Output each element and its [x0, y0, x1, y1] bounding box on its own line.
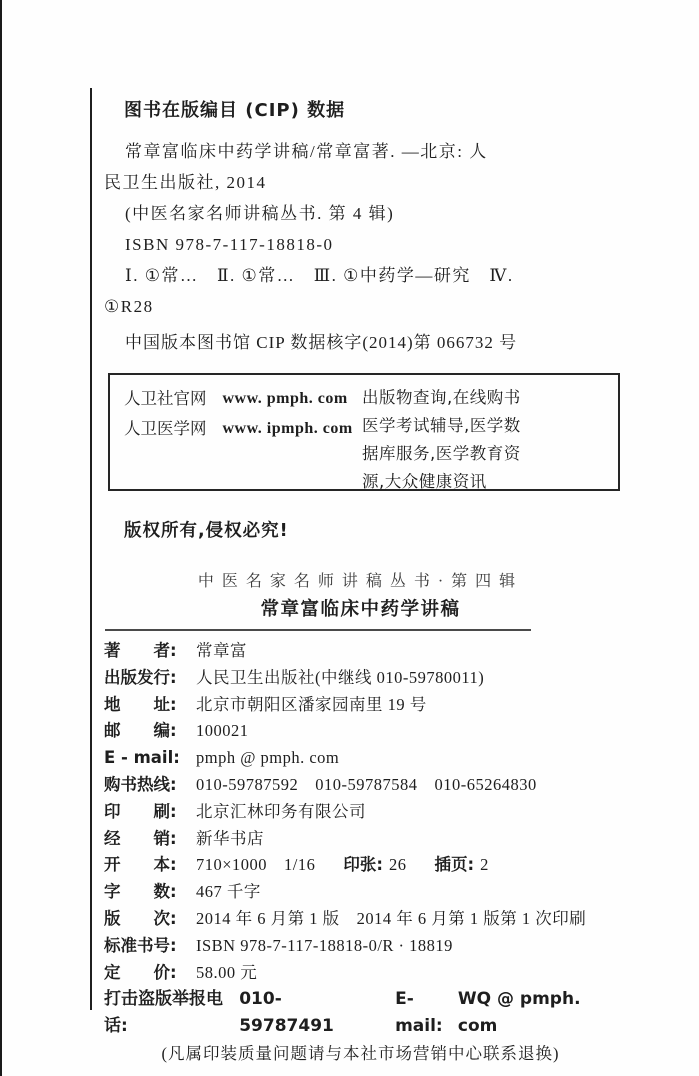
- row-value: ISBN 978-7-117-18818-0/R · 18819: [196, 933, 453, 960]
- cip-isbn-line: ISBN 978-7-117-18818-0: [104, 229, 617, 260]
- publisher-websites: 人卫社官网 www. pmph. com 人卫医学网 www. ipmph. c…: [124, 384, 362, 481]
- row-format: 开 本: 710×1000 1/16 印张: 26 插页: 2: [104, 852, 617, 879]
- series-title: 中医名家名师讲稿丛书·第四辑: [104, 568, 617, 591]
- row-value: 010-59787592 010-59787584 010-65264830: [196, 772, 537, 799]
- website-name: 人卫医学网: [124, 414, 207, 444]
- website-url: www. pmph. com: [223, 384, 348, 414]
- cip-heading: 图书在版编目 (CIP) 数据: [124, 96, 617, 122]
- row-label: 印 刷:: [104, 799, 196, 826]
- row-label: 开 本:: [104, 852, 196, 879]
- row-label: 标准书号:: [104, 933, 196, 960]
- hotline-label: 打击盗版举报电话:: [104, 986, 239, 1040]
- sheets-value: 26: [389, 852, 407, 879]
- sheets-label: 印张:: [343, 852, 383, 879]
- cip-series-line: (中医名家名师讲稿丛书. 第 4 辑): [104, 198, 617, 229]
- colophon-content-block: 图书在版编目 (CIP) 数据 常章富临床中药学讲稿/常章富著. —北京: 人 …: [90, 88, 617, 1010]
- row-standard-isbn: 标准书号: ISBN 978-7-117-18818-0/R · 18819: [104, 933, 617, 960]
- row-email: E - mail: pmph @ pmph. com: [104, 745, 617, 772]
- row-word-count: 字 数: 467 千字: [104, 879, 617, 906]
- row-distributor: 经 销: 新华书店: [104, 826, 617, 853]
- row-label: 版 次:: [104, 906, 196, 933]
- row-label: 字 数:: [104, 879, 196, 906]
- row-value: 467 千字: [196, 879, 261, 906]
- inserts-label: 插页:: [435, 852, 475, 879]
- services-description: 出版物查询,在线购书 医学考试辅导,医学数 据库服务,医学教育资 源,大众健康资…: [362, 384, 606, 481]
- quality-return-note: (凡属印装质量问题请与本社市场营销中心联系退换): [104, 1040, 617, 1067]
- hotline-email-label: E-mail:: [395, 986, 458, 1040]
- row-label: 定 价:: [104, 960, 196, 987]
- scan-edge-line: [0, 0, 2, 1076]
- website-url: www. ipmph. com: [223, 414, 353, 444]
- row-value: 新华书店: [196, 826, 264, 853]
- cip-title-line: 常章富临床中药学讲稿/常章富著. —北京: 人: [104, 136, 617, 167]
- row-value: 人民卫生出版社(中继线 010-59780011): [196, 665, 484, 692]
- cip-class-code-line: ①R28: [104, 291, 617, 322]
- cip-publisher-line: 民卫生出版社, 2014: [104, 167, 617, 198]
- row-label: 出版发行:: [104, 665, 196, 692]
- hotline-number: 010-59787491: [239, 986, 369, 1040]
- row-value: pmph @ pmph. com: [196, 745, 339, 772]
- row-value: 常章富: [196, 638, 247, 665]
- row-value: 58.00 元: [196, 960, 257, 987]
- cip-classification-line: Ⅰ. ①常… Ⅱ. ①常… Ⅲ. ①中药学—研究 Ⅳ.: [104, 260, 617, 291]
- colophon-rows: 著 者: 常章富 出版发行: 人民卫生出版社(中继线 010-59780011)…: [104, 638, 617, 1067]
- anti-piracy-hotline: 打击盗版举报电话: 010-59787491 E-mail: WQ @ pmph…: [104, 986, 617, 1040]
- row-label: 地 址:: [104, 692, 196, 719]
- website-row: 人卫医学网 www. ipmph. com: [124, 414, 362, 444]
- row-value: 北京市朝阳区潘家园南里 19 号: [196, 692, 427, 719]
- row-label: 经 销:: [104, 826, 196, 853]
- row-label: E - mail:: [104, 745, 196, 772]
- row-postcode: 邮 编: 100021: [104, 718, 617, 745]
- row-author: 著 者: 常章富: [104, 638, 617, 665]
- copyright-warning: 版权所有,侵权必究!: [124, 517, 617, 542]
- row-edition: 版 次: 2014 年 6 月第 1 版 2014 年 6 月第 1 版第 1 …: [104, 906, 617, 933]
- row-value: 710×1000 1/16: [196, 852, 315, 879]
- row-value: 100021: [196, 718, 249, 745]
- row-value: 北京汇林印务有限公司: [196, 799, 366, 826]
- website-row: 人卫社官网 www. pmph. com: [124, 384, 362, 414]
- book-copyright-page: 图书在版编目 (CIP) 数据 常章富临床中药学讲稿/常章富著. —北京: 人 …: [0, 0, 699, 1076]
- row-label: 著 者:: [104, 638, 196, 665]
- book-title: 常章富临床中药学讲稿: [104, 595, 617, 621]
- inserts-value: 2: [480, 852, 489, 879]
- publisher-info-box: 人卫社官网 www. pmph. com 人卫医学网 www. ipmph. c…: [108, 373, 620, 491]
- row-order-hotline: 购书热线: 010-59787592 010-59787584 010-6526…: [104, 772, 617, 799]
- row-address: 地 址: 北京市朝阳区潘家园南里 19 号: [104, 692, 617, 719]
- cip-record-number: 中国版本图书馆 CIP 数据核字(2014)第 066732 号: [104, 327, 617, 358]
- row-label: 邮 编:: [104, 718, 196, 745]
- row-price: 定 价: 58.00 元: [104, 960, 617, 987]
- row-label: 购书热线:: [104, 772, 196, 799]
- row-publisher: 出版发行: 人民卫生出版社(中继线 010-59780011): [104, 665, 617, 692]
- row-printer: 印 刷: 北京汇林印务有限公司: [104, 799, 617, 826]
- hotline-email-value: WQ @ pmph. com: [458, 986, 617, 1040]
- row-value: 2014 年 6 月第 1 版 2014 年 6 月第 1 版第 1 次印刷: [196, 906, 586, 933]
- website-name: 人卫社官网: [124, 384, 207, 414]
- title-divider-rule: [105, 629, 531, 631]
